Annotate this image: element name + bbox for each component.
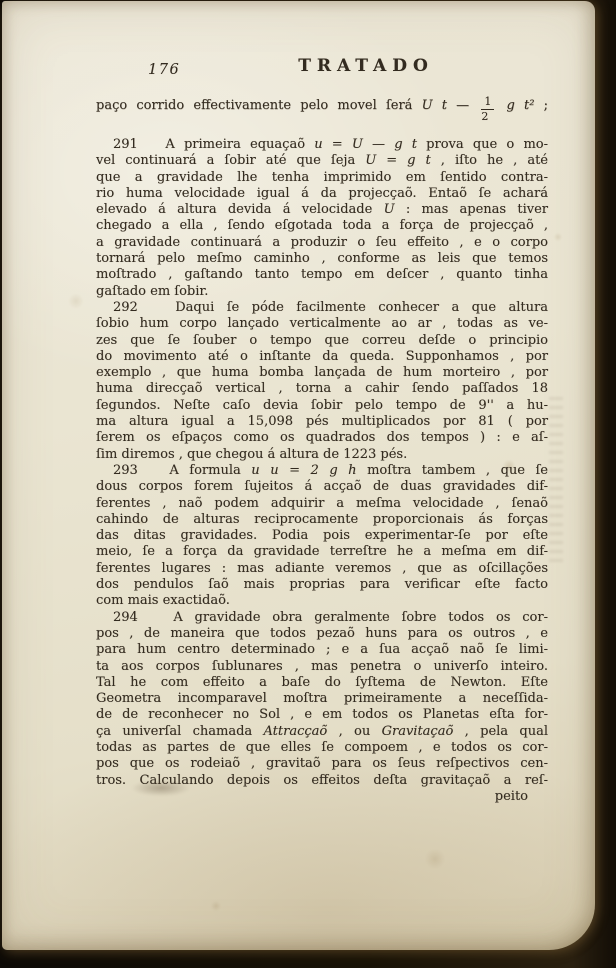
text-run: ſobio hum corpo lançado verticalmente ao… (96, 316, 548, 331)
text-run: = (279, 463, 311, 478)
italic-text: g t² (507, 98, 535, 113)
text-run: ferentes , naõ podem adquirir a meſma ve… (96, 496, 548, 511)
text-line: dos pendulos ſaõ mais proprias para veri… (96, 577, 548, 593)
text-line: dous corpos forem ſujeitos á acçaõ de du… (96, 479, 548, 495)
text-run: ; (534, 98, 548, 113)
intro-line-host: paço corrido effectivamente pelo movel ſ… (96, 96, 548, 132)
running-title: TRATADO (298, 58, 434, 74)
text-line: exemplo , que huma bomba lançada de hum … (96, 365, 548, 381)
text-line: ta aos corpos ſublunares , mas penetra o… (96, 659, 548, 675)
text-run: ma altura igual a 15,098 pés multiplicad… (96, 414, 548, 429)
text-run: , pela qual (453, 724, 548, 739)
text-line: com mais exactidaõ. (96, 593, 548, 609)
text-line: meio, ſe a força da gravidade terreſtre … (96, 544, 548, 560)
text-run: meio, ſe a força da gravidade terreſtre … (96, 544, 548, 559)
text-run: ça univerſal chamada (96, 724, 264, 739)
text-line: tros. Calculando depois os effeitos deſt… (96, 773, 548, 789)
text-line: huma direcçaõ vertical , torna a cahir ſ… (96, 381, 548, 397)
text-run: 292 Daqui ſe póde facilmente conhecer a … (113, 300, 548, 315)
italic-text: u (314, 137, 322, 152)
text-line: ferentes , naõ podem adquirir a meſma ve… (96, 496, 548, 512)
text-run: , iſto he , até (431, 153, 548, 168)
fraction: 12 (481, 96, 494, 123)
text-run: = (323, 137, 352, 152)
text-run: gaſtado em ſobir. (96, 284, 208, 299)
scan-background: { "page": { "number": "176", "running_ti… (0, 0, 616, 968)
text-run: rio huma velocidade igual á da projecçaõ… (96, 186, 548, 201)
text-line: elevado á altura devida á velocidade U :… (96, 202, 548, 218)
page-header: 176 TRATADO (96, 58, 548, 84)
text-run: Tal he com effeito a baſe do ſyſtema de … (96, 675, 548, 690)
text-line: ſobio hum corpo lançado verticalmente ao… (96, 316, 548, 332)
italic-text: Gravitaçaõ (382, 724, 454, 739)
book-page: 176 TRATADO paço corrido effectivamente … (2, 1, 595, 950)
text-run: zes que ſe ſouber o tempo que correu deſ… (96, 333, 548, 348)
text-line: tornará pelo meſmo caminho , conforme as… (96, 251, 548, 267)
text-run: : mas apenas tiver (395, 202, 548, 217)
italic-text: 2 g h (311, 463, 357, 478)
text-line: 292 Daqui ſe póde facilmente conhecer a … (96, 300, 548, 316)
text-run: huma direcçaõ vertical , torna a cahir ſ… (96, 381, 548, 396)
text-line: moſtrado , gaſtando tanto tempo em deſce… (96, 267, 548, 283)
text-run: Geometra incomparavel moſtra primeiramen… (96, 691, 548, 706)
text-block: 176 TRATADO paço corrido effectivamente … (96, 58, 548, 805)
text-run: do movimento até o inſtante da queda. Su… (96, 349, 548, 364)
paragraph-294: 294 A gravidade obra geralmente ſobre to… (96, 610, 548, 789)
text-line: ſegundos. Neſte caſo devia ſobir pelo te… (96, 398, 548, 414)
text-run: paço corrido effectivamente pelo movel ſ… (96, 98, 422, 113)
text-run: todas as partes de que elles ſe compoem … (96, 740, 548, 755)
text-line: vel continuará a ſobir até que ſeja U = … (96, 153, 548, 169)
body-text: 291 A primeira equaçaõ u = U — g t prova… (96, 137, 548, 789)
text-run: exemplo , que huma bomba lançada de hum … (96, 365, 548, 380)
text-run: ferentes lugares : mas adiante veremos ,… (96, 561, 548, 576)
text-line: 294 A gravidade obra geralmente ſobre to… (96, 610, 548, 626)
show-through-right-margin (549, 397, 563, 565)
text-line: 291 A primeira equaçaõ u = U — g t prova… (96, 137, 548, 153)
text-run: 291 A primeira equaçaõ (113, 137, 314, 152)
text-run: elevado á altura devida á velocidade (96, 202, 384, 217)
text-run: 294 A gravidade obra geralmente ſobre to… (113, 610, 548, 625)
text-line: pos que os rodeiaõ , gravitaõ para os ſe… (96, 756, 548, 772)
italic-text: U — g t (352, 137, 417, 152)
text-line: do movimento até o inſtante da queda. Su… (96, 349, 548, 365)
text-line: das ditas gravidades. Podia pois experim… (96, 528, 548, 544)
text-run: pos que os rodeiaõ , gravitaõ para os ſe… (96, 756, 548, 771)
text-line: paço corrido effectivamente pelo movel ſ… (96, 96, 548, 132)
text-run: ſim diremos , que chegou á altura de 122… (96, 447, 407, 462)
text-run: — (447, 98, 478, 113)
text-run: vel continuará a ſobir até que ſeja (96, 153, 365, 168)
text-line: rio huma velocidade igual á da projecçaõ… (96, 186, 548, 202)
text-run (497, 98, 506, 113)
text-line: que a gravidade lhe tenha imprimido em ſ… (96, 170, 548, 186)
catchword: peito (495, 789, 528, 804)
text-run: das ditas gravidades. Podia pois experim… (96, 528, 548, 543)
text-line: ferentes lugares : mas adiante veremos ,… (96, 561, 548, 577)
text-run: dos pendulos ſaõ mais proprias para veri… (96, 577, 548, 592)
text-run: cahindo de alturas reciprocamente propor… (96, 512, 548, 527)
text-run: que a gravidade lhe tenha imprimido em ſ… (96, 170, 548, 185)
text-run: com mais exactidaõ. (96, 593, 230, 608)
text-line: Tal he com effeito a baſe do ſyſtema de … (96, 675, 548, 691)
text-line: Geometra incomparavel moſtra primeiramen… (96, 691, 548, 707)
text-run: tros. Calculando depois os effeitos deſt… (96, 773, 548, 788)
text-line: chegado a ella , ſendo eſgotada toda a f… (96, 218, 548, 234)
text-run: dous corpos forem ſujeitos á acçaõ de du… (96, 479, 548, 494)
text-run: de de reconhecer no Sol , e em todos os … (96, 707, 548, 722)
text-line: para hum centro determinado ; e a ſua ac… (96, 642, 548, 658)
text-line: ſerem os eſpaços como os quadrados dos t… (96, 430, 548, 446)
text-run: 293 A formula (113, 463, 251, 478)
text-run: prova que o mo- (417, 137, 548, 152)
paragraph-292: 292 Daqui ſe póde facilmente conhecer a … (96, 300, 548, 463)
italic-text: U (384, 202, 395, 217)
text-run: moſtrado , gaſtando tanto tempo em deſce… (96, 267, 548, 282)
text-line: cahindo de alturas reciprocamente propor… (96, 512, 548, 528)
text-run: tornará pelo meſmo caminho , conforme as… (96, 251, 548, 266)
text-run: a gravidade continuará a produzir o ſeu … (96, 235, 548, 250)
text-run: pos , de maneira que todos pezaõ huns pa… (96, 626, 548, 641)
text-line: gaſtado em ſobir. (96, 284, 548, 300)
text-line: ça univerſal chamada Attracçaõ , ou Grav… (96, 724, 548, 740)
text-line: todas as partes de que elles ſe compoem … (96, 740, 548, 756)
paragraph-291: 291 A primeira equaçaõ u = U — g t prova… (96, 137, 548, 300)
text-line: ſim diremos , que chegou á altura de 122… (96, 447, 548, 463)
text-line: pos , de maneira que todos pezaõ huns pa… (96, 626, 548, 642)
page-number: 176 (148, 62, 180, 78)
text-line: de de reconhecer no Sol , e em todos os … (96, 707, 548, 723)
italic-text: u u (251, 463, 278, 478)
paragraph-293: 293 A formula u u = 2 g h moſtra tambem … (96, 463, 548, 610)
italic-text: U = g t (365, 153, 431, 168)
text-line: 293 A formula u u = 2 g h moſtra tambem … (96, 463, 548, 479)
text-run: moſtra tambem , que ſe (357, 463, 548, 478)
text-run: , ou (327, 724, 381, 739)
text-run: ſerem os eſpaços como os quadrados dos t… (96, 430, 548, 445)
text-run: para hum centro determinado ; e a ſua ac… (96, 642, 548, 657)
text-line: ma altura igual a 15,098 pés multiplicad… (96, 414, 548, 430)
catchword-row: peito (96, 789, 548, 805)
text-run: ſegundos. Neſte caſo devia ſobir pelo te… (96, 398, 548, 413)
text-run: chegado a ella , ſendo eſgotada toda a f… (96, 218, 548, 233)
text-line: zes que ſe ſouber o tempo que correu deſ… (96, 333, 548, 349)
italic-text: Attracçaõ (264, 724, 328, 739)
italic-text: U t (422, 98, 447, 113)
text-line: a gravidade continuará a produzir o ſeu … (96, 235, 548, 251)
text-run: ta aos corpos ſublunares , mas penetra o… (96, 659, 548, 674)
